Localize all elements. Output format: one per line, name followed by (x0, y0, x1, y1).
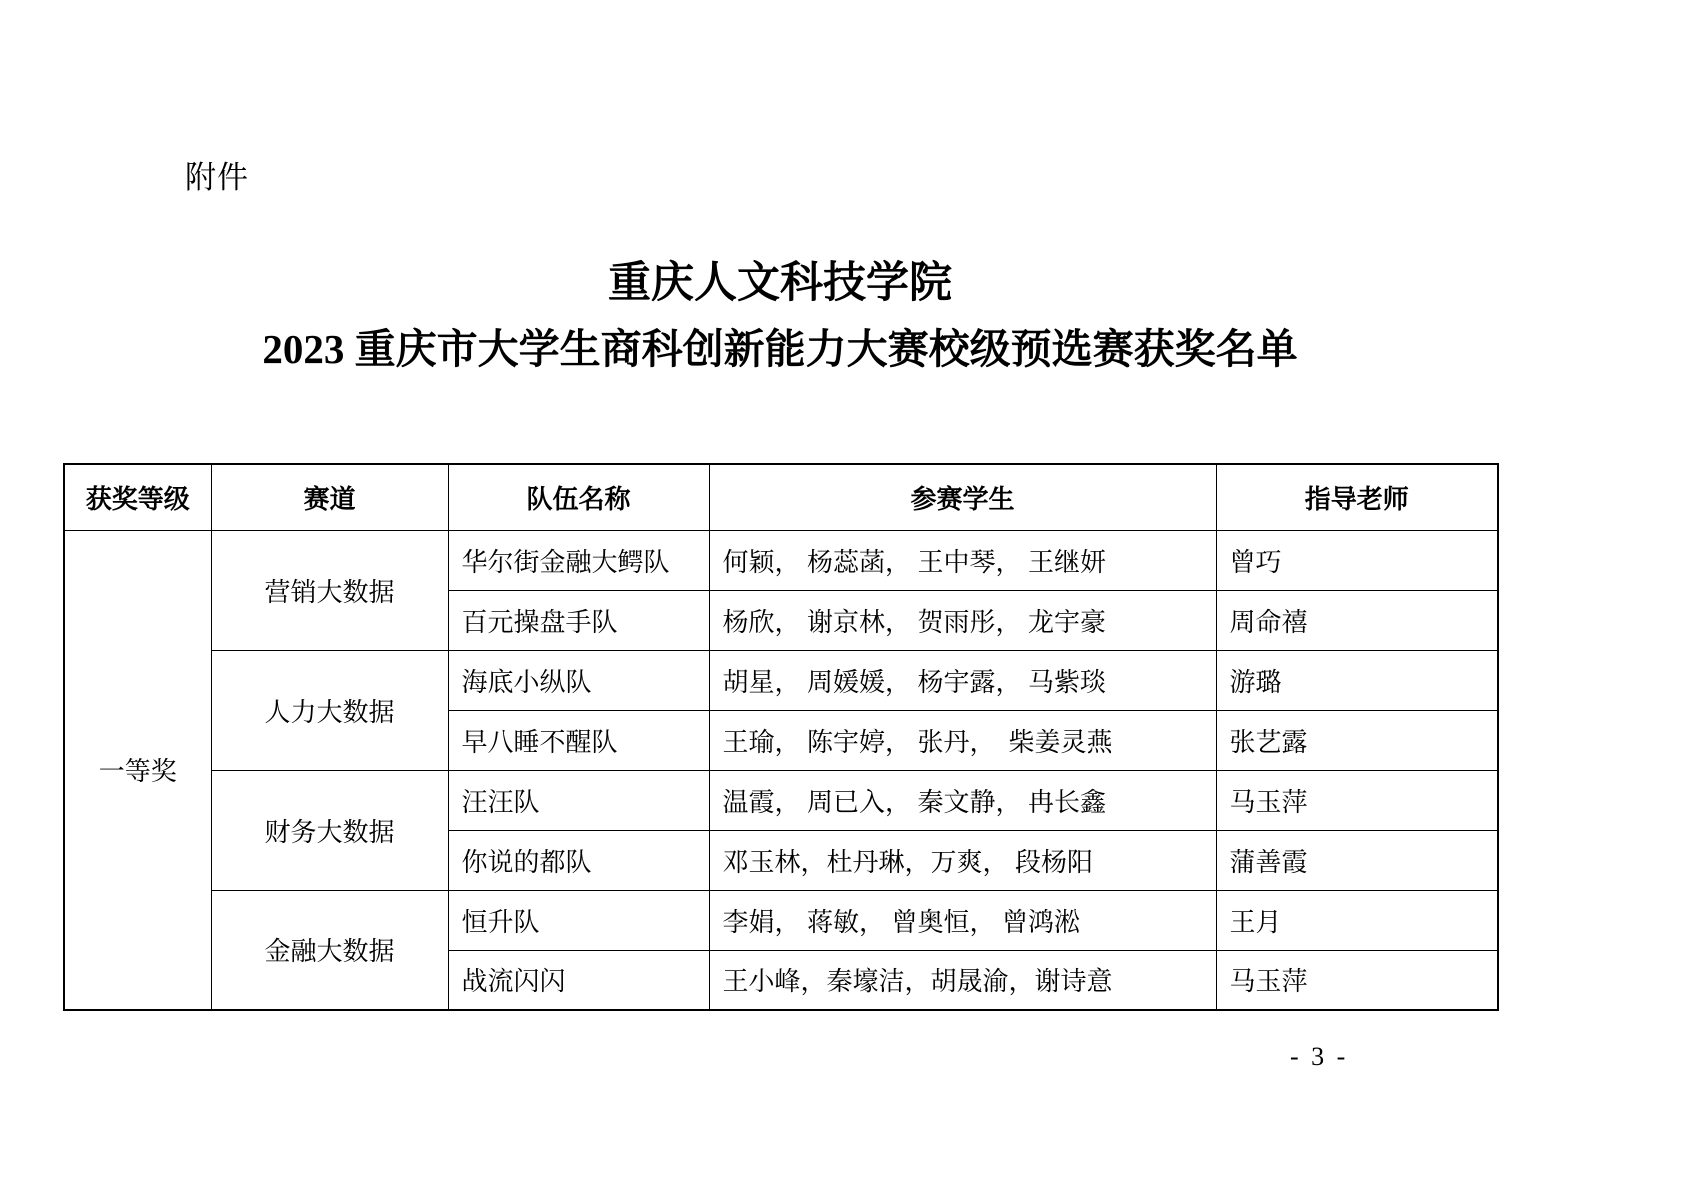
advisor-cell: 张艺露 (1216, 710, 1498, 770)
team-cell: 华尔街金融大鳄队 (448, 530, 709, 590)
header-students: 参赛学生 (709, 464, 1216, 530)
advisor-cell: 马玉萍 (1216, 770, 1498, 830)
team-cell: 战流闪闪 (448, 950, 709, 1010)
page-number: - 3 - (1290, 1042, 1348, 1072)
header-track: 赛道 (211, 464, 448, 530)
document-page: 附件 重庆人文科技学院 2023 重庆市大学生商科创新能力大赛校级预选赛获奖名单… (0, 0, 1684, 1191)
students-cell: 李娟， 蒋敏， 曾奥恒， 曾鸿淞 (709, 890, 1216, 950)
advisor-cell: 马玉萍 (1216, 950, 1498, 1010)
team-cell: 汪汪队 (448, 770, 709, 830)
track-cell-finance-accounting: 财务大数据 (211, 770, 448, 890)
header-advisor: 指导老师 (1216, 464, 1498, 530)
award-level-cell: 一等奖 (64, 530, 211, 1010)
advisor-cell: 曾巧 (1216, 530, 1498, 590)
awards-table: 获奖等级 赛道 队伍名称 参赛学生 指导老师 一等奖 营销大数据 华尔街金融大鳄… (63, 463, 1499, 1011)
students-cell: 杨欣， 谢京林， 贺雨彤， 龙宇豪 (709, 590, 1216, 650)
header-team-name: 队伍名称 (448, 464, 709, 530)
students-cell: 王瑜， 陈宇婷， 张丹， 柴姜灵燕 (709, 710, 1216, 770)
advisor-cell: 王月 (1216, 890, 1498, 950)
track-cell-financial: 金融大数据 (211, 890, 448, 1010)
title-block: 重庆人文科技学院 2023 重庆市大学生商科创新能力大赛校级预选赛获奖名单 (63, 262, 1497, 370)
advisor-cell: 游璐 (1216, 650, 1498, 710)
header-award-level: 获奖等级 (64, 464, 211, 530)
track-cell-marketing: 营销大数据 (211, 530, 448, 650)
students-cell: 胡星， 周媛媛， 杨宇露， 马紫琰 (709, 650, 1216, 710)
header-row: 获奖等级 赛道 队伍名称 参赛学生 指导老师 (64, 464, 1498, 530)
students-cell: 邓玉林，杜丹琳，万爽， 段杨阳 (709, 830, 1216, 890)
table-row: 人力大数据 海底小纵队 胡星， 周媛媛， 杨宇露， 马紫琰 游璐 (64, 650, 1498, 710)
students-cell: 何颖， 杨蕊菡， 王中琴， 王继妍 (709, 530, 1216, 590)
students-cell: 温霞， 周已入， 秦文静， 冉长鑫 (709, 770, 1216, 830)
team-cell: 恒升队 (448, 890, 709, 950)
awards-table-body: 一等奖 营销大数据 华尔街金融大鳄队 何颖， 杨蕊菡， 王中琴， 王继妍 曾巧 … (64, 530, 1498, 1010)
team-cell: 百元操盘手队 (448, 590, 709, 650)
document-subtitle: 2023 重庆市大学生商科创新能力大赛校级预选赛获奖名单 (63, 329, 1497, 370)
advisor-cell: 蒲善霞 (1216, 830, 1498, 890)
team-cell: 海底小纵队 (448, 650, 709, 710)
table-row: 财务大数据 汪汪队 温霞， 周已入， 秦文静， 冉长鑫 马玉萍 (64, 770, 1498, 830)
students-cell: 王小峰，秦壕洁，胡晟渝，谢诗意 (709, 950, 1216, 1010)
team-cell: 早八睡不醒队 (448, 710, 709, 770)
track-cell-hr: 人力大数据 (211, 650, 448, 770)
awards-table-header: 获奖等级 赛道 队伍名称 参赛学生 指导老师 (64, 464, 1498, 530)
team-cell: 你说的都队 (448, 830, 709, 890)
table-row: 金融大数据 恒升队 李娟， 蒋敏， 曾奥恒， 曾鸿淞 王月 (64, 890, 1498, 950)
advisor-cell: 周命禧 (1216, 590, 1498, 650)
table-row: 一等奖 营销大数据 华尔街金融大鳄队 何颖， 杨蕊菡， 王中琴， 王继妍 曾巧 (64, 530, 1498, 590)
document-title: 重庆人文科技学院 (63, 262, 1497, 305)
attachment-label: 附件 (185, 152, 249, 197)
